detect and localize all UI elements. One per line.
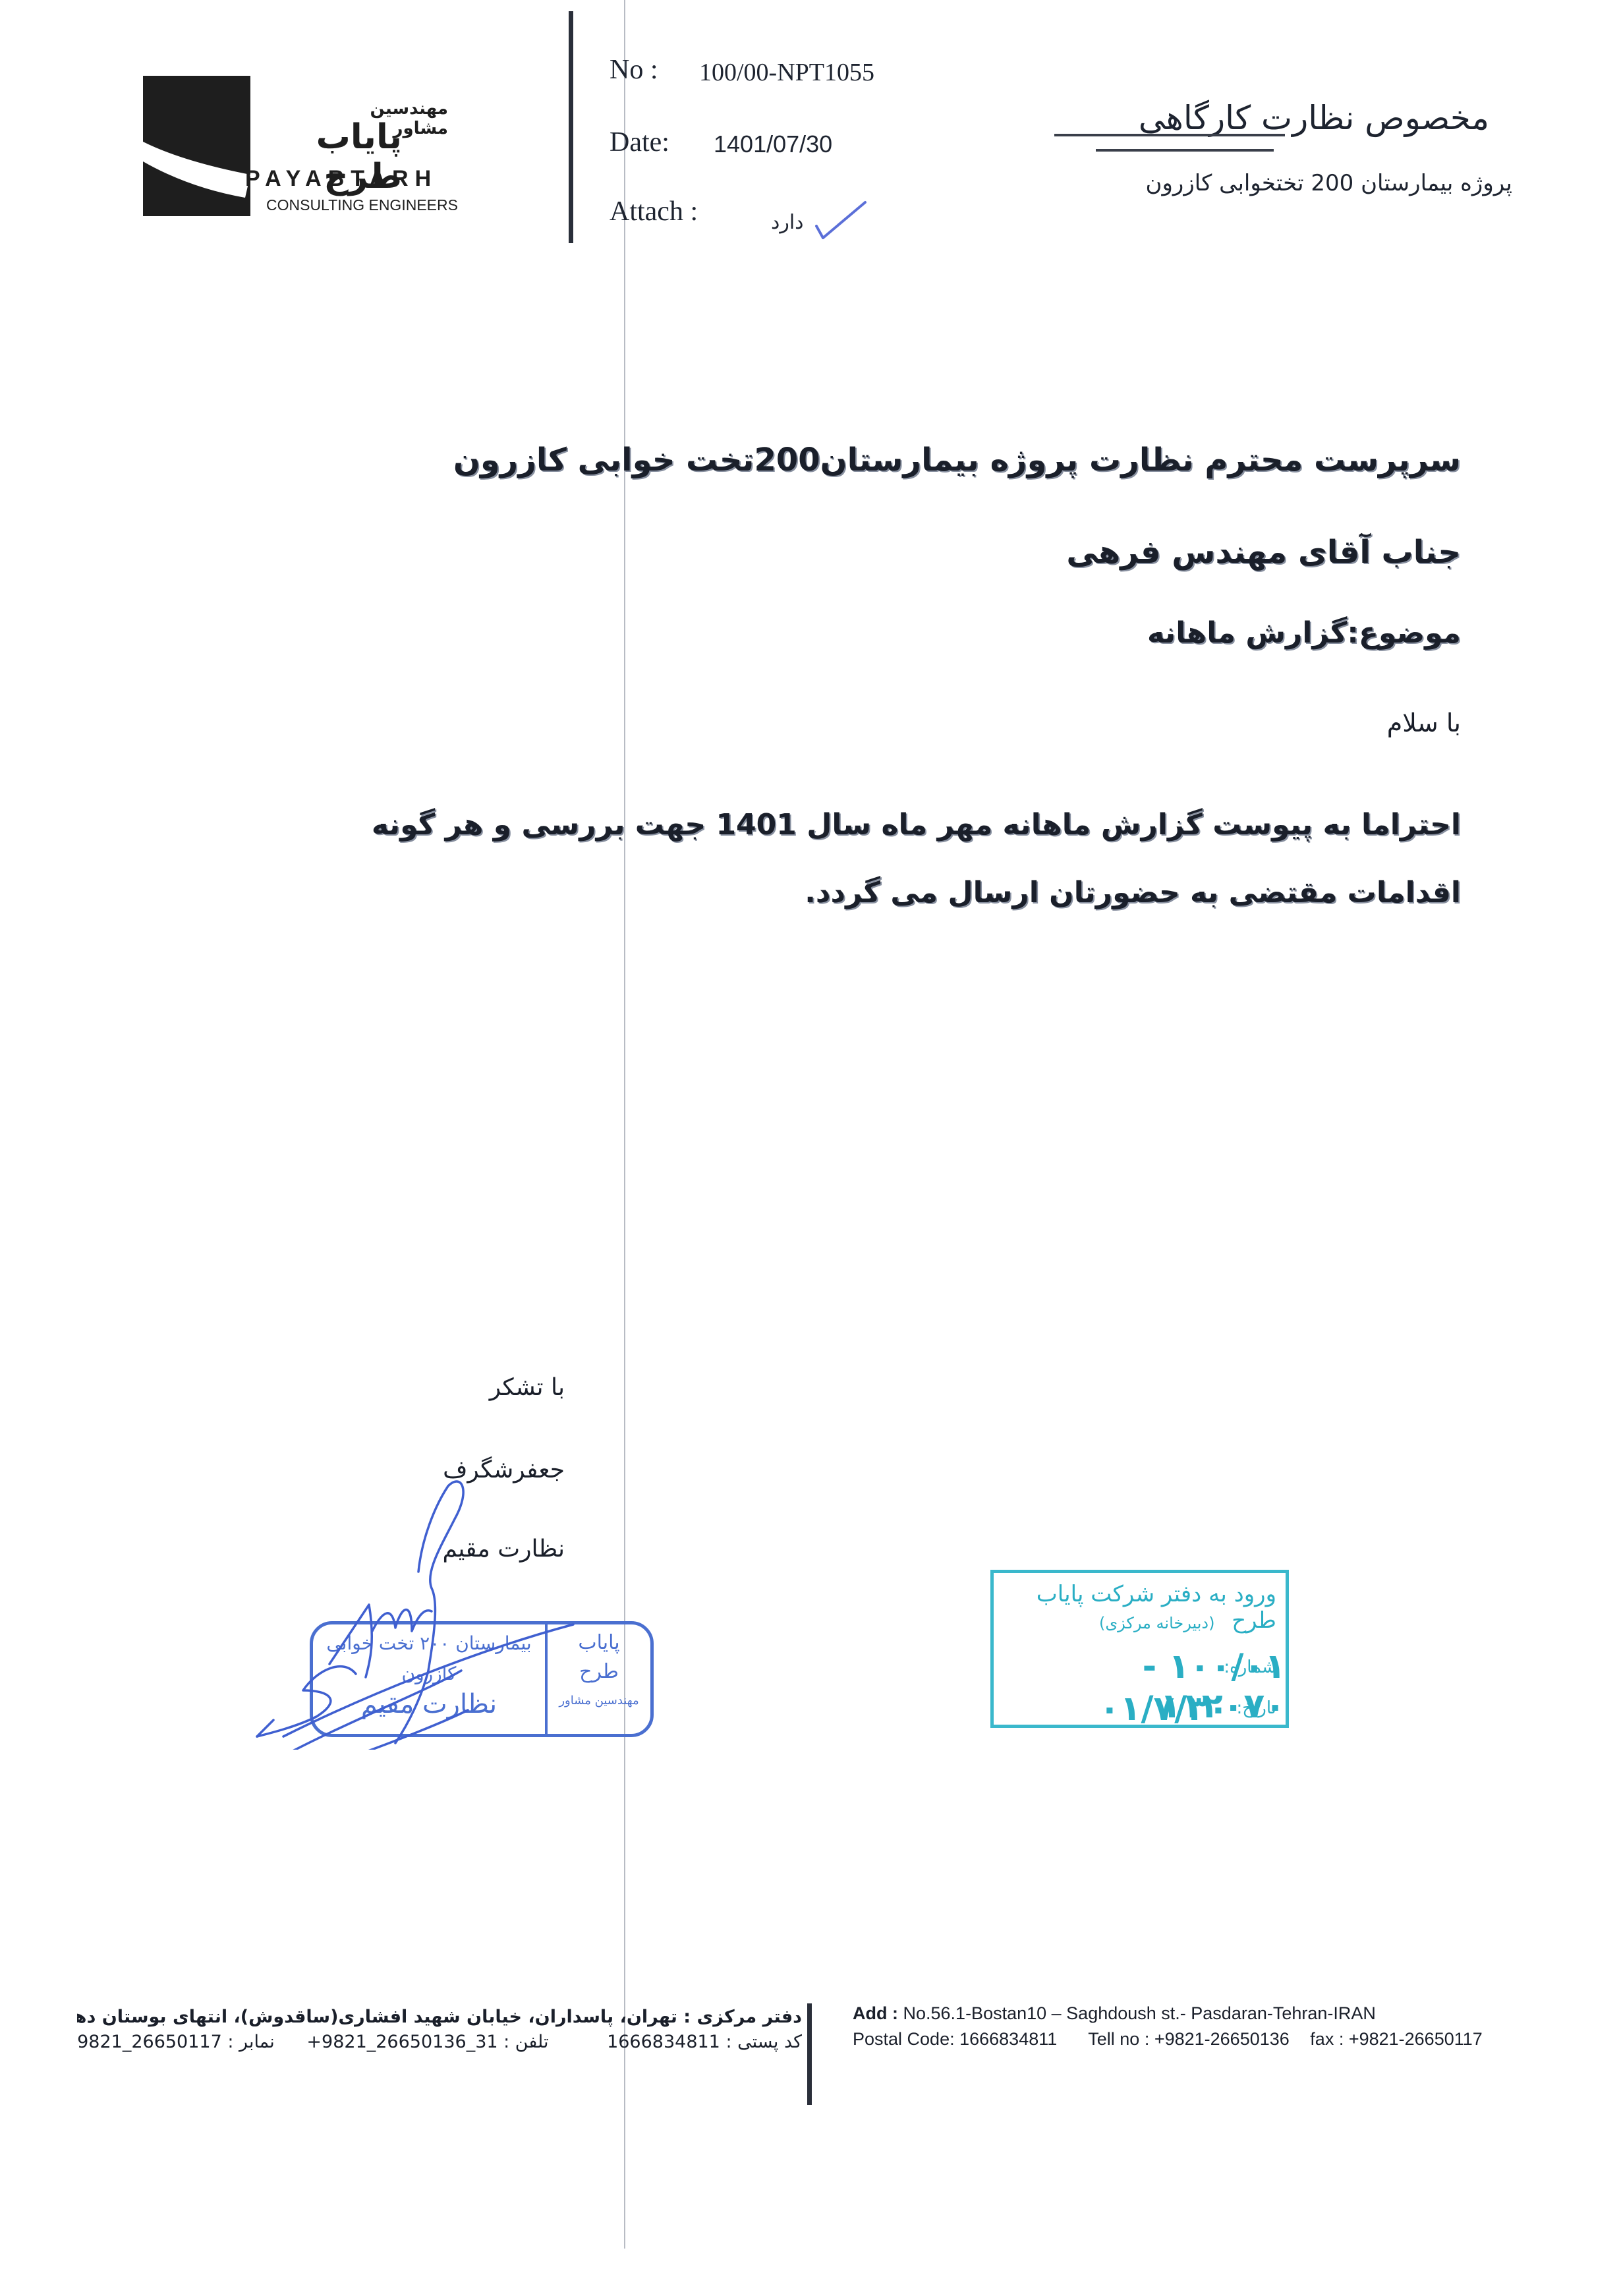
title-underline	[1054, 134, 1285, 136]
title-underline-2	[1096, 149, 1274, 152]
incoming-registry-stamp: ورود به دفتر شرکت پایاب طرح (دبیرخانه مر…	[990, 1570, 1289, 1728]
header-divider	[569, 11, 573, 243]
attach-label: Attach :	[610, 196, 698, 227]
checkmark-icon	[814, 200, 866, 239]
letter-date: 1401/07/30	[714, 130, 832, 158]
footer-divider	[807, 2003, 812, 2105]
scan-artifact-line	[624, 0, 625, 2249]
footer-contact-fa: کد پستی : 1666834811 تلفن : 31_26650136_…	[77, 2032, 802, 2052]
no-label: No :	[610, 54, 658, 86]
recipient-line: سرپرست محترم نظارت پروژه بیمارستان200تخت…	[453, 442, 1461, 478]
footer-add-label: Add :	[853, 2003, 898, 2023]
letter-body: احتراما به پیوست گزارش ماهانه مهر ماه سا…	[262, 791, 1461, 927]
closing-thanks: با تشکر	[490, 1374, 565, 1401]
footer-address-en: Add : No.56.1-Bostan10 – Saghdoush st.- …	[853, 2003, 1376, 2024]
footer-contact-en: Postal Code: 1666834811 Tell no : +9821-…	[853, 2029, 1483, 2050]
footer-tel-en: Tell no : +9821-26650136	[1088, 2029, 1290, 2049]
project-name: پروژه بیمارستان 200 تختخوابی کازرون	[1054, 170, 1512, 196]
footer-postal-fa: کد پستی : 1666834811	[607, 2032, 802, 2052]
company-logo-mark	[143, 76, 250, 216]
stamp-date-value: ۰۱/۷/۳۰	[1099, 1689, 1229, 1729]
stamp-date-label: تاریخ:	[1237, 1698, 1277, 1718]
date-label: Date:	[610, 127, 669, 158]
logo-stripe-icon	[143, 76, 250, 216]
department-title: مخصوص نظارت کارگاهی	[1067, 99, 1489, 137]
honorific-line: جناب آقای مهندس فرهی	[1066, 534, 1461, 571]
footer-address-value: No.56.1-Bostan10 – Saghdoush st.- Pasdar…	[903, 2003, 1376, 2023]
subject-line: موضوع:گزارش ماهانه	[1147, 616, 1461, 650]
footer-fax-fa: نمابر : 26650117_9821+	[77, 2032, 275, 2052]
letter-number: 100/00-NPT1055	[699, 58, 874, 87]
company-tagline: CONSULTING ENGINEERS	[266, 196, 458, 214]
footer-postal-en: Postal Code: 1666834811	[853, 2029, 1057, 2049]
handwritten-signature	[244, 1473, 613, 1750]
stamp-subtitle: (دبیرخانه مرکزی)	[1099, 1614, 1214, 1632]
company-name-en: PAYABTARH	[245, 166, 438, 192]
greeting: با سلام	[1387, 708, 1461, 737]
footer-phone-fa: تلفن : 31_26650136_9821+	[306, 2032, 548, 2052]
footer-fax-en: fax : +9821-26650117	[1310, 2029, 1482, 2049]
attach-value: دارد	[771, 211, 804, 234]
footer-address-fa: دفتر مرکزی : تهران، پاسداران، خیابان شهی…	[77, 2007, 802, 2027]
